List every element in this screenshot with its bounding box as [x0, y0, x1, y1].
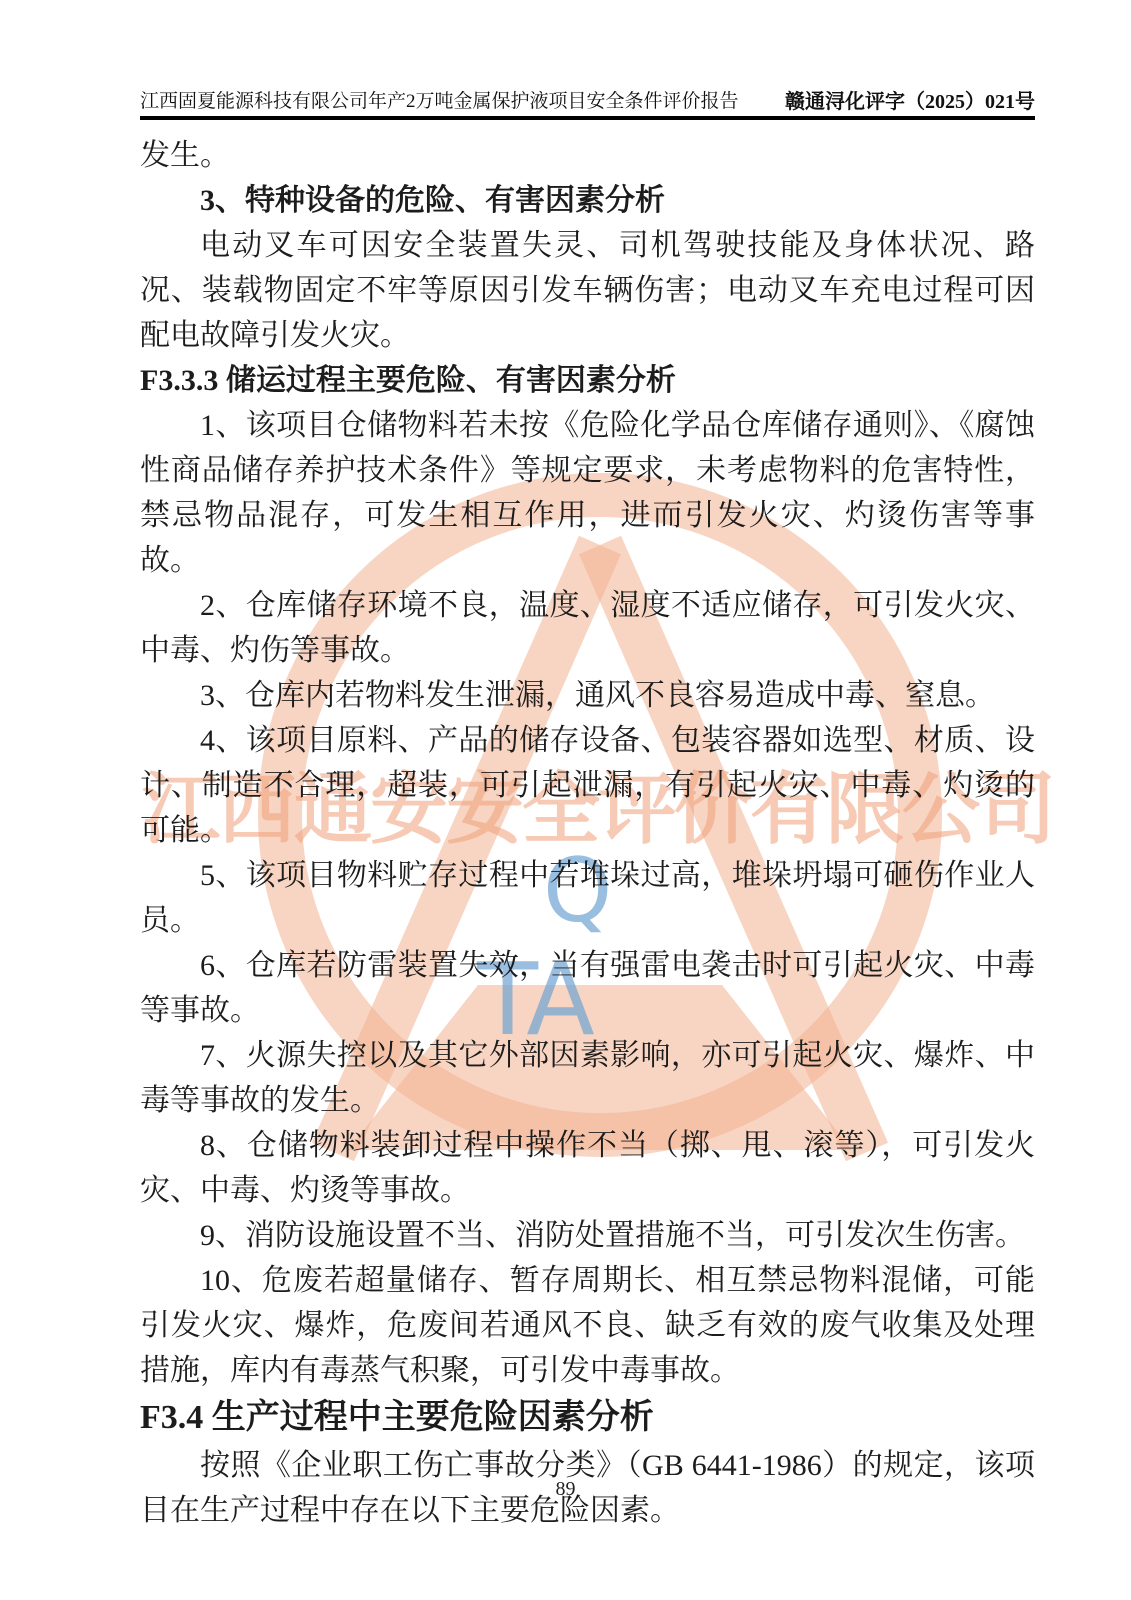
body-paragraph: 发生。 — [140, 133, 1035, 178]
document-page: 江西通安安全评价有限公司 Q TA 江西固夏能源科技有限公司年产2万吨金属保护液… — [0, 0, 1131, 1600]
list-item-6: 6、仓库若防雷装置失效，当有强雷电袭击时可引起火灾、中毒等事故。 — [140, 943, 1035, 1033]
page-number: 89 — [0, 1478, 1131, 1501]
list-item-9: 9、消防设施设置不当、消防处置措施不当，可引发次生伤害。 — [140, 1213, 1035, 1258]
section-heading-f333: F3.3.3 储运过程主要危险、有害因素分析 — [140, 358, 1035, 403]
list-item-1: 1、该项目仓储物料若未按《危险化学品仓库储存通则》、《腐蚀性商品储存养护技术条件… — [140, 403, 1035, 583]
section-heading-special-equipment: 3、特种设备的危险、有害因素分析 — [140, 178, 1035, 223]
body-paragraph: 电动叉车可因安全装置失灵、司机驾驶技能及身体状况、路况、装载物固定不牢等原因引发… — [140, 223, 1035, 358]
header-report-title: 江西固夏能源科技有限公司年产2万吨金属保护液项目安全条件评价报告 — [140, 90, 739, 114]
list-item-5: 5、该项目物料贮存过程中若堆垛过高，堆垛坍塌可砸伤作业人员。 — [140, 853, 1035, 943]
document-body: 发生。 3、特种设备的危险、有害因素分析 电动叉车可因安全装置失灵、司机驾驶技能… — [140, 133, 1035, 1533]
header-rule — [140, 116, 1035, 120]
list-item-2: 2、仓库储存环境不良，温度、湿度不适应储存，可引发火灾、中毒、灼伤等事故。 — [140, 583, 1035, 673]
header-document-number: 赣通浔化评字（2025）021号 — [785, 90, 1035, 114]
list-item-3: 3、仓库内若物料发生泄漏，通风不良容易造成中毒、窒息。 — [140, 673, 1035, 718]
list-item-4: 4、该项目原料、产品的储存设备、包装容器如选型、材质、设计、制造不合理，超装，可… — [140, 718, 1035, 853]
page-header: 江西固夏能源科技有限公司年产2万吨金属保护液项目安全条件评价报告 赣通浔化评字（… — [140, 90, 1035, 114]
section-heading-f34: F3.4 生产过程中主要危险因素分析 — [140, 1393, 1035, 1443]
list-item-7: 7、火源失控以及其它外部因素影响，亦可引起火灾、爆炸、中毒等事故的发生。 — [140, 1033, 1035, 1123]
list-item-8: 8、仓储物料装卸过程中操作不当（掷、甩、滚等），可引发火灾、中毒、灼烫等事故。 — [140, 1123, 1035, 1213]
list-item-10: 10、危废若超量储存、暂存周期长、相互禁忌物料混储，可能引发火灾、爆炸，危废间若… — [140, 1258, 1035, 1393]
